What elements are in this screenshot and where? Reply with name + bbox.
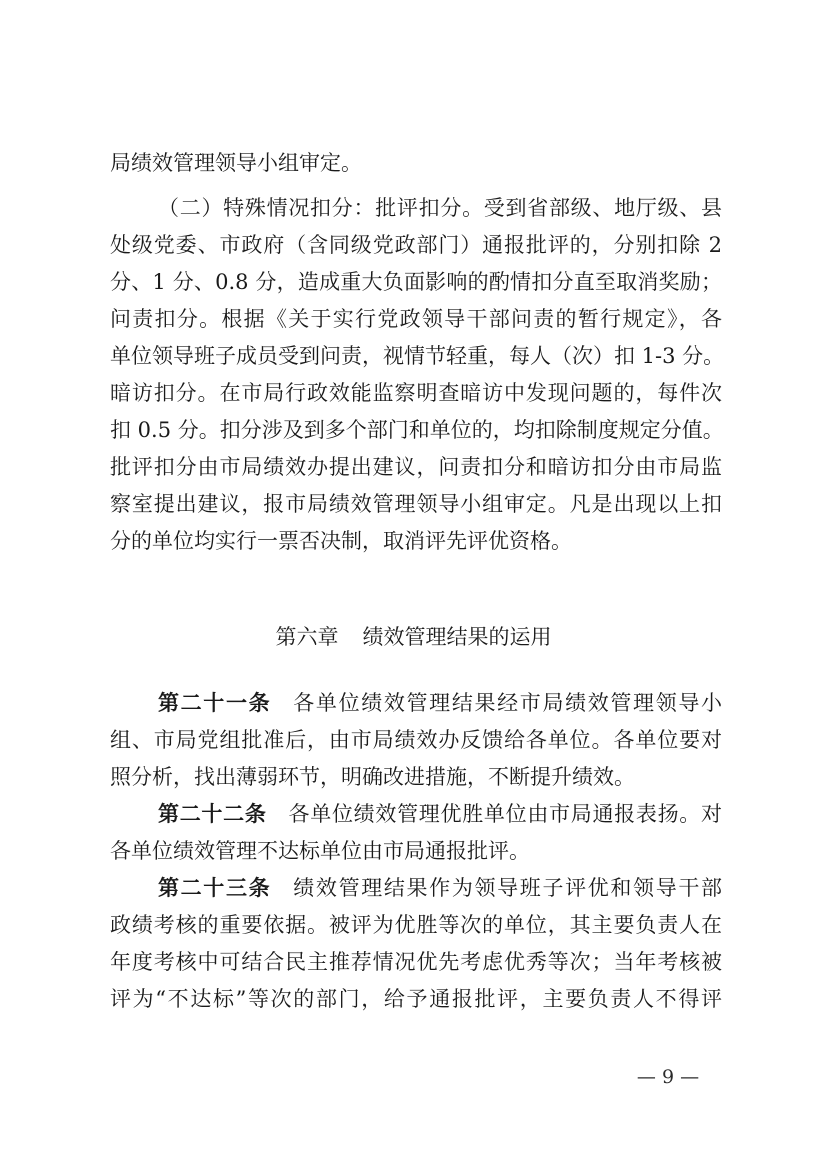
page-number: — 9 —	[628, 1062, 708, 1092]
special-deductions-line-1: （二）特殊情况扣分：批评扣分。受到省部级、地厅级、县	[158, 190, 722, 227]
document-page: 局绩效管理领导小组审定。 （二）特殊情况扣分：批评扣分。受到省部级、地厅级、县 …	[0, 0, 827, 1169]
article-23-line-2: 政绩考核的重要依据。被评为优胜等次的单位，其主要负责人在	[110, 907, 722, 944]
special-deductions-line-10: 分的单位均实行一票否决制，取消评先评优资格。	[110, 523, 722, 560]
article-22-label: 第二十二条	[158, 802, 267, 826]
article-21-line-2: 组、市局党组批准后，由市局绩效办反馈给各单位。各单位要对	[110, 722, 722, 759]
article-21-label: 第二十一条	[158, 691, 271, 715]
chapter-number: 第六章	[276, 625, 339, 649]
special-deductions-line-9: 察室提出建议，报市局绩效管理领导小组审定。凡是出现以上扣	[110, 486, 722, 523]
chapter-title: 绩效管理结果的运用	[363, 625, 552, 649]
chapter-heading: 第六章绩效管理结果的运用	[0, 619, 827, 656]
article-22-first-line: 第二十二条各单位绩效管理优胜单位由市局通报表扬。对	[158, 796, 722, 833]
special-deductions-line-7: 扣 0.5 分。扣分涉及到多个部门和单位的，均扣除制度规定分值。	[110, 412, 722, 449]
article-23-line-4: 评为“不达标”等次的部门，给予通报批评，主要负责人不得评	[110, 981, 722, 1018]
article-22-line-2: 各单位绩效管理不达标单位由市局通报批评。	[110, 833, 722, 870]
article-23-label: 第二十三条	[158, 876, 271, 900]
article-21-line-3: 照分析，找出薄弱环节，明确改进措施，不断提升绩效。	[110, 759, 722, 796]
special-deductions-line-3: 分、1 分、0.8 分，造成重大负面影响的酌情扣分直至取消奖励；	[110, 264, 722, 301]
special-deductions-line-8: 批评扣分由市局绩效办提出建议，问责扣分和暗访扣分由市局监	[110, 449, 722, 486]
article-21-text: 各单位绩效管理结果经市局绩效管理领导小	[293, 691, 722, 715]
paragraph-continuation-line: 局绩效管理领导小组审定。	[110, 145, 722, 182]
article-22-text: 各单位绩效管理优胜单位由市局通报表扬。对	[289, 802, 722, 826]
special-deductions-line-6: 暗访扣分。在市局行政效能监察明查暗访中发现问题的，每件次	[110, 375, 722, 412]
article-23-text: 绩效管理结果作为领导班子评优和领导干部	[293, 876, 722, 900]
special-deductions-line-4: 问责扣分。根据《关于实行党政领导干部问责的暂行规定》，各	[110, 301, 722, 338]
special-deductions-line-2: 处级党委、市政府（含同级党政部门）通报批评的，分别扣除 2	[110, 227, 722, 264]
article-23-first-line: 第二十三条绩效管理结果作为领导班子评优和领导干部	[158, 870, 722, 907]
article-23-line-3: 年度考核中可结合民主推荐情况优先考虑优秀等次；当年考核被	[110, 944, 722, 981]
special-deductions-line-5: 单位领导班子成员受到问责，视情节轻重，每人（次）扣 1-3 分。	[110, 338, 722, 375]
article-21-first-line: 第二十一条各单位绩效管理结果经市局绩效管理领导小	[158, 685, 722, 722]
